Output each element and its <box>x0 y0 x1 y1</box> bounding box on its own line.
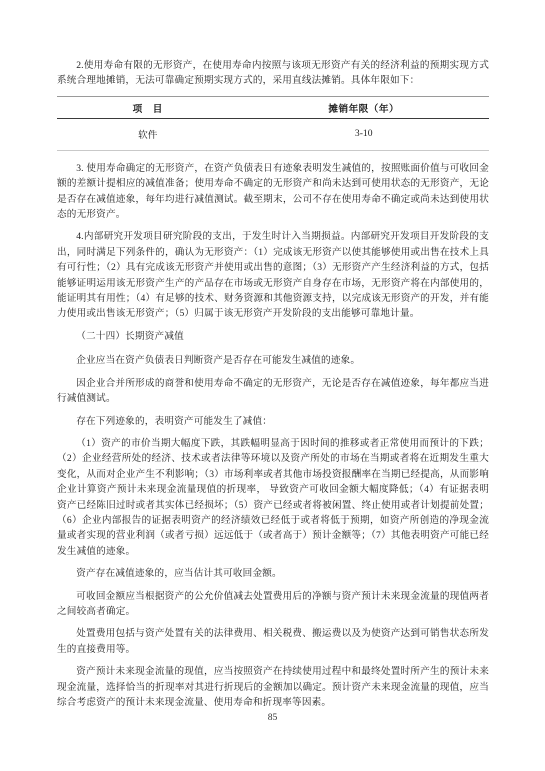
para-present-value: 资产预计未来现金流量的现值，应当按照资产在持续使用过程中和最终处置时所产生的预计… <box>57 664 489 710</box>
table-row: 软件 3-10 <box>57 118 489 150</box>
table-header-amortization-years: 摊销年限（年） <box>238 96 489 118</box>
section-heading-long-term-impairment: （二十四）长期资产减值 <box>57 329 489 344</box>
para-indicators-list: （1）资产的市价当期大幅度下跌，其跌幅明显高于因时间的推移或者正常使用而预计的下… <box>57 436 489 559</box>
table-header-item: 项 目 <box>57 96 238 118</box>
para-disposal-costs: 处置费用包括与资产处置有关的法律费用、相关税费、搬运费以及为使资产达到可销售状态… <box>57 626 489 657</box>
para-balance-sheet-judgment: 企业应当在资产负债表日判断资产是否存在可能发生减值的迹象。 <box>57 353 489 368</box>
para-indicators-intro: 存在下列迹象的，表明资产可能发生了减值： <box>57 414 489 429</box>
table-cell-item: 软件 <box>57 118 238 150</box>
para-impairment-provision: 3. 使用寿命确定的无形资产，在资产负债表日有迹象表明发生减值的，按照账面价值与… <box>57 161 489 223</box>
amortization-years-table: 项 目 摊销年限（年） 软件 3-10 <box>57 96 489 151</box>
page-number: 85 <box>0 712 545 723</box>
table-cell-years: 3-10 <box>238 118 489 150</box>
para-rd-expenditure: 4.内部研究开发项目研究阶段的支出，于发生时计入当期损益。内部研究开发项目开发阶… <box>57 229 489 321</box>
para-recoverable-amount-basis: 可收回金额应当根据资产的公允价值减去处置费用后的净额与资产预计未来现金流量的现值… <box>57 589 489 620</box>
document-page: 2.使用寿命有限的无形资产，在使用寿命内按照与该项无形资产有关的经济利益的预期实… <box>0 0 545 771</box>
text-block: 2.使用寿命有限的无形资产，在使用寿命内按照与该项无形资产有关的经济利益的预期实… <box>57 58 489 717</box>
para-goodwill-annual-test: 因企业合并所形成的商誉和使用寿命不确定的无形资产，无论是否存在减值迹象，每年都应… <box>57 376 489 407</box>
table-header-row: 项 目 摊销年限（年） <box>57 96 489 118</box>
para-amortization-method: 2.使用寿命有限的无形资产，在使用寿命内按照与该项无形资产有关的经济利益的预期实… <box>57 58 489 89</box>
para-estimate-recoverable: 资产存在减值迹象的，应当估计其可收回金额。 <box>57 566 489 581</box>
